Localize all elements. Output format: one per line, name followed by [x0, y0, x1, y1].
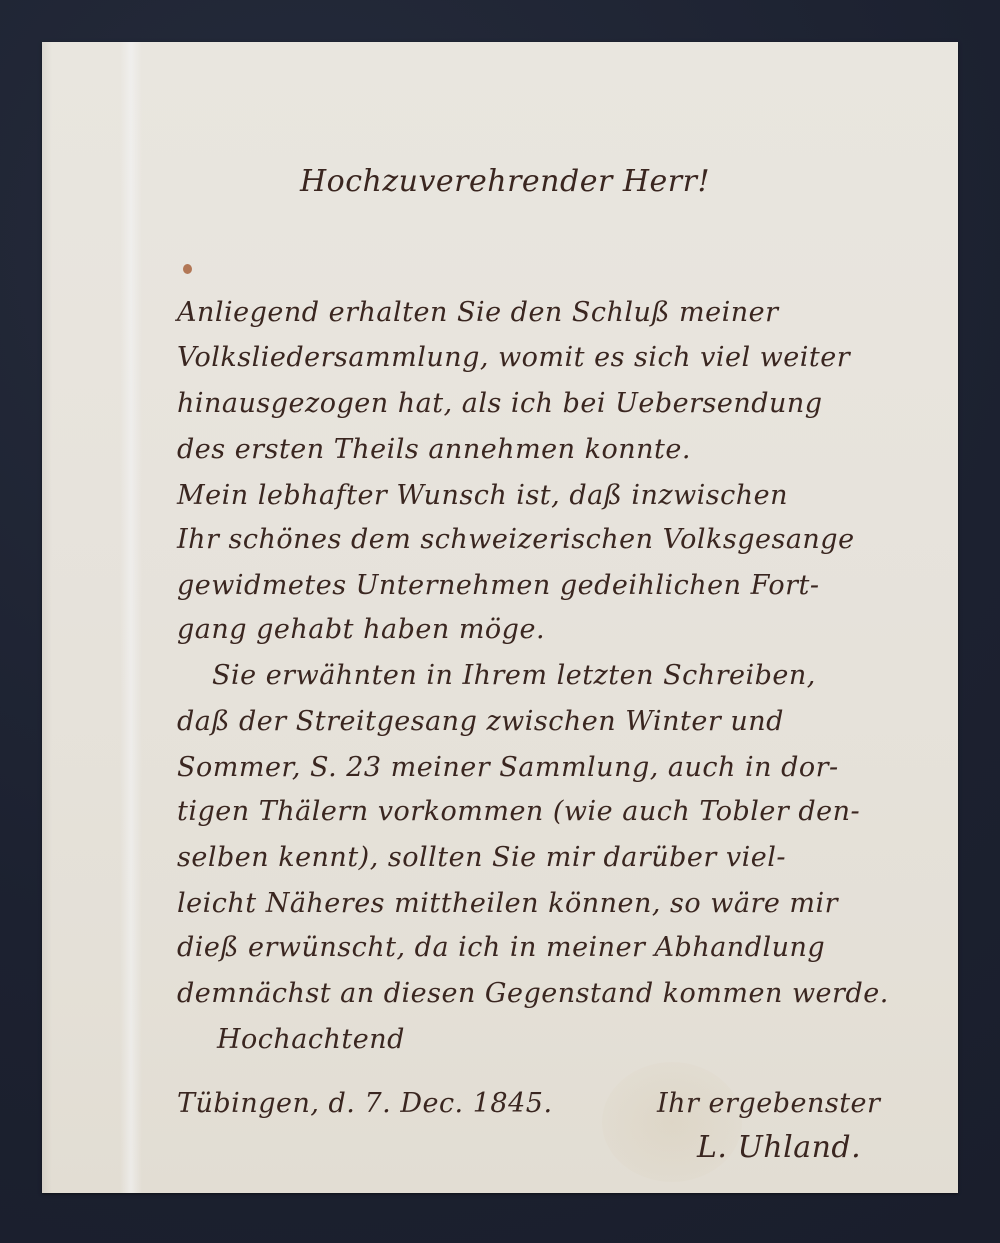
body-line: leicht Näheres mittheilen können, so wär…	[177, 888, 838, 919]
body-line: daß der Streitgesang zwischen Winter und	[177, 706, 784, 737]
body-line: dieß erwünscht, da ich in meiner Abhandl…	[177, 932, 825, 963]
closing: Hochachtend	[217, 1024, 405, 1055]
body-line: demnächst an diesen Gegenstand kommen we…	[177, 978, 889, 1009]
ink-stain	[183, 264, 192, 274]
body-line: tigen Thälern vorkommen (wie auch Tobler…	[177, 796, 860, 827]
body-line: gang gehabt haben möge.	[177, 614, 545, 645]
body-line: Ihr schönes dem schweizerischen Volksges…	[177, 524, 855, 555]
letter-paper: Hochzuverehrender Herr! Anliegend erhalt…	[42, 42, 958, 1193]
body-line: Sommer, S. 23 meiner Sammlung, auch in d…	[177, 752, 839, 783]
body-line: gewidmetes Unternehmen gedeihlichen Fort…	[177, 570, 820, 601]
valediction: Ihr ergebenster	[657, 1088, 880, 1119]
body-line: Sie erwähnten in Ihrem letzten Schreiben…	[212, 660, 816, 691]
body-line: Anliegend erhalten Sie den Schluß meiner	[177, 297, 779, 328]
signature: L. Uhland.	[697, 1130, 861, 1165]
salutation: Hochzuverehrender Herr!	[300, 164, 710, 199]
body-line: Volksliedersammlung, womit es sich viel …	[177, 342, 850, 373]
body-line: des ersten Theils annehmen konnte.	[177, 434, 691, 465]
body-line: Mein lebhafter Wunsch ist, daß inzwische…	[177, 480, 788, 511]
body-line: selben kennt), sollten Sie mir darüber v…	[177, 842, 786, 873]
place-date: Tübingen, d. 7. Dec. 1845.	[177, 1088, 553, 1119]
paper-edge-shadow	[42, 42, 52, 1193]
paper-fold-crease	[120, 42, 142, 1193]
body-line: hinausgezogen hat, als ich bei Uebersend…	[177, 388, 823, 419]
